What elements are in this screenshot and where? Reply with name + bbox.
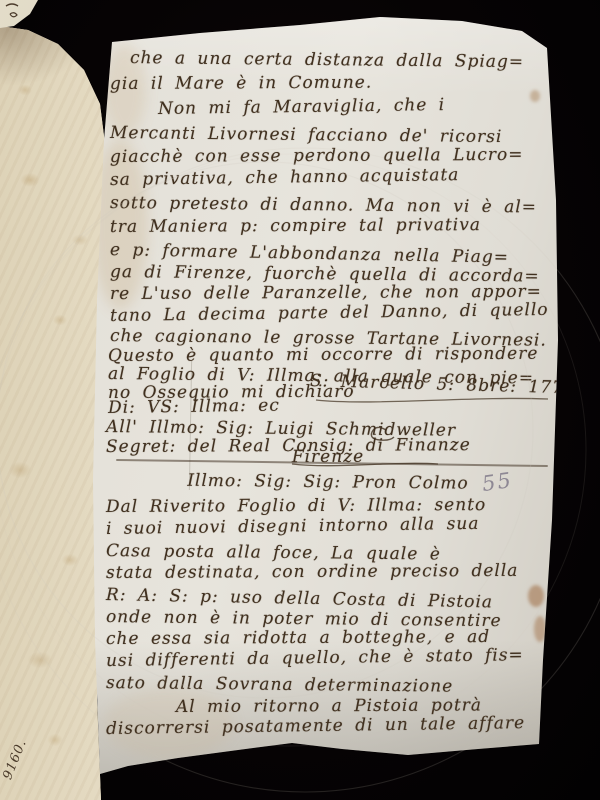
manuscript-line: gia il Mare è in Comune. bbox=[110, 73, 372, 94]
manuscript-line: giacchè con esse perdono quella Lucro= bbox=[110, 145, 524, 167]
page-number: 55 bbox=[480, 468, 514, 496]
manuscript-line: stata destinata, con ordine preciso dell… bbox=[106, 561, 519, 583]
manuscript-line: tano La decima parte del Danno, di quell… bbox=[110, 300, 549, 326]
manuscript-line: usi differenti da quello, che è stato fi… bbox=[106, 645, 524, 671]
manuscript-line: che a una certa distanza dalla Spiag= bbox=[130, 48, 524, 72]
foxing-spot bbox=[534, 616, 546, 642]
foxing-spot bbox=[530, 90, 540, 102]
manuscript-line: Non mi fa Maraviglia, che i bbox=[158, 95, 445, 119]
valediction-line: Di: VS: Illma: ec bbox=[108, 396, 280, 418]
manuscript-line: tra Maniera p: compire tal privativa bbox=[110, 215, 481, 237]
manuscript-line: i suoi nuovi disegni intorno alla sua bbox=[106, 514, 480, 539]
salutation-line: Illmo: Sig: Sig: Pron Colmo bbox=[118, 470, 538, 494]
manuscript-line: Mercanti Livornesi facciano de' ricorsi bbox=[110, 123, 503, 147]
manuscript-line: sato dalla Sovrana determinazione bbox=[106, 673, 453, 697]
manuscript-line: Questo è quanto mi occorre di rispondere bbox=[108, 344, 538, 366]
dateline-flourish bbox=[312, 392, 552, 406]
flourish-ec bbox=[362, 424, 396, 446]
corner-ink-marks-icon bbox=[0, 0, 40, 30]
manuscript-line: sa privativa, che hanno acquistata bbox=[110, 165, 460, 190]
photograph-stage: che a una certa distanza dalla Spiag= gi… bbox=[0, 0, 600, 800]
manuscript-line: sotto pretesto di danno. Ma non vi è al= bbox=[110, 193, 537, 217]
foxing-spot bbox=[528, 585, 544, 607]
